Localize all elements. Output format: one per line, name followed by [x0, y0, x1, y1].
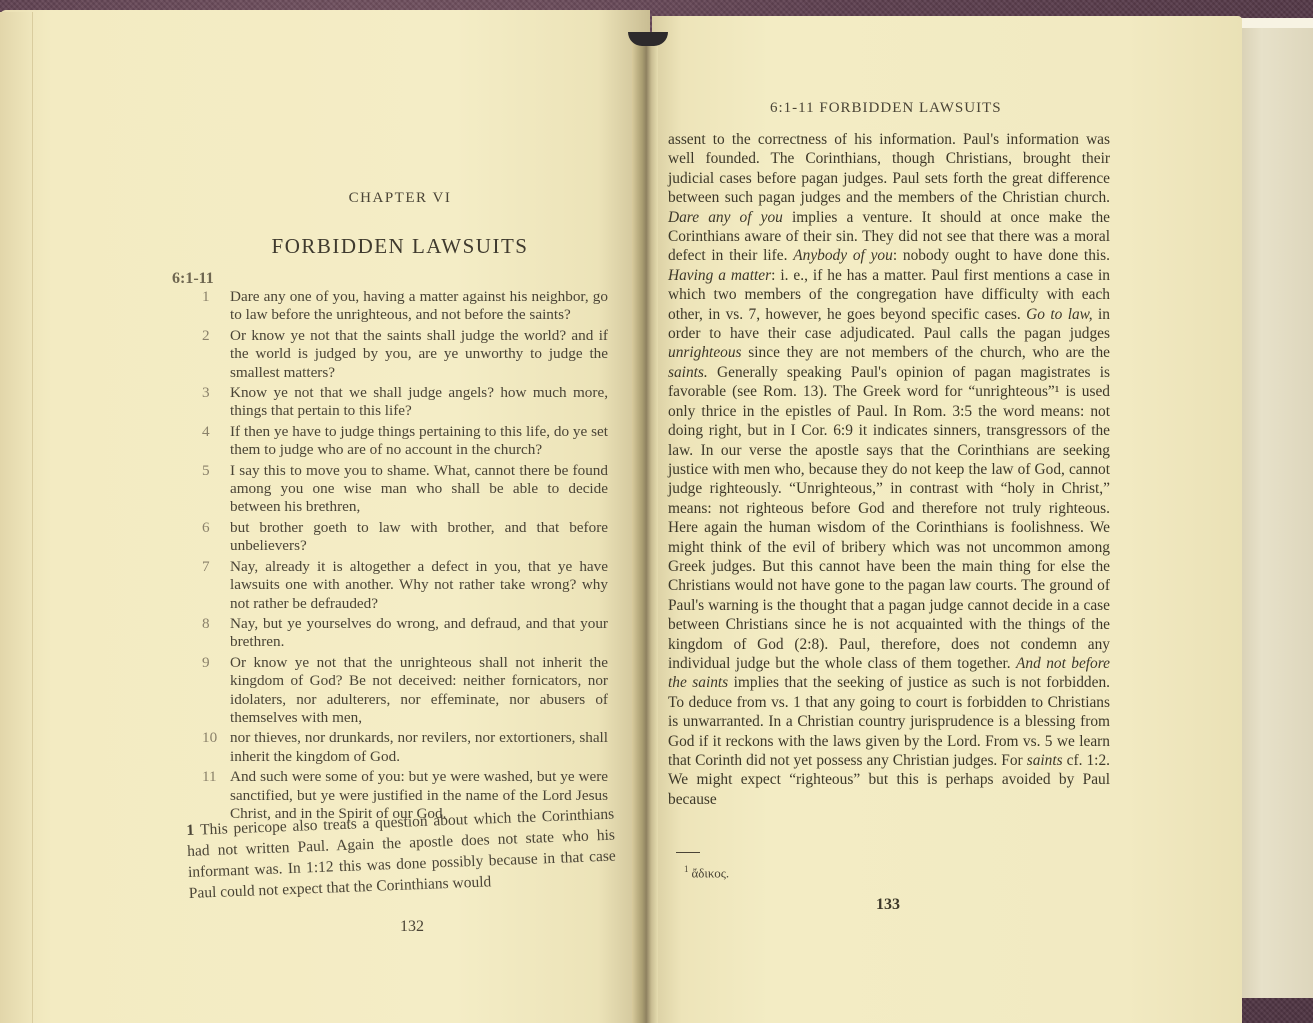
verse: 2Or know ye not that the saints shall ju… [194, 327, 608, 382]
verse-text: nor thieves, nor drunkards, nor revilers… [230, 729, 608, 766]
scripture-verses: 1Dare any one of you, having a matter ag… [194, 288, 608, 825]
verse-number: 11 [194, 768, 230, 823]
verse-text: Or know ye not that the saints shall jud… [230, 327, 608, 382]
page-block-edge [1238, 28, 1313, 998]
footnote-rule [676, 852, 700, 853]
right-commentary: assent to the correctness of his informa… [668, 130, 1110, 809]
italic-term: Go to law, [1026, 306, 1092, 323]
commentary-text: Generally speaking Paul's opinion of pag… [668, 364, 1110, 672]
verse: 6but brother goeth to law with brother, … [194, 519, 608, 556]
verse: 10nor thieves, nor drunkards, nor revile… [194, 729, 608, 766]
verse-number: 7 [194, 558, 230, 613]
verse-number: 3 [194, 384, 230, 421]
verse-number: 5 [194, 462, 230, 517]
italic-term: Anybody of you [793, 247, 893, 264]
chapter-title: FORBIDDEN LAWSUITS [0, 234, 640, 259]
italic-term: saints. [668, 364, 708, 381]
page-number-right: 133 [876, 896, 900, 914]
commentary-marker: 1 [186, 822, 194, 839]
verse-number: 6 [194, 519, 230, 556]
italic-term: unrighteous [668, 344, 742, 361]
commentary-text: assent to the correctness of his informa… [668, 131, 1110, 206]
verse-number: 4 [194, 423, 230, 460]
verse-text: Nay, but ye yourselves do wrong, and def… [230, 615, 608, 652]
italic-term: saints [1027, 752, 1063, 769]
chapter-label: CHAPTER VI [0, 190, 640, 207]
verse-text: Or know ye not that the unrighteous shal… [230, 654, 608, 728]
verse: 5I say this to move you to shame. What, … [194, 462, 608, 517]
verse-text: Know ye not that we shall judge angels? … [230, 384, 608, 421]
footnote-marker: 1 [684, 864, 689, 874]
verse-text: Nay, already it is altogether a defect i… [230, 558, 608, 613]
footnote-text: ἄδικος. [692, 865, 730, 880]
verse-number: 9 [194, 654, 230, 728]
book-gutter [632, 38, 658, 1023]
verse: 4If then ye have to judge things pertain… [194, 423, 608, 460]
commentary-text: : nobody ought to have done this. [893, 247, 1110, 264]
verse: 3Know ye not that we shall judge angels?… [194, 384, 608, 421]
verse: 1Dare any one of you, having a matter ag… [194, 288, 608, 325]
verse-number: 2 [194, 327, 230, 382]
verse-number: 8 [194, 615, 230, 652]
commentary-text: This pericope also treats a question abo… [187, 806, 616, 902]
verse: 8Nay, but ye yourselves do wrong, and de… [194, 615, 608, 652]
italic-term: Having a matter [668, 267, 771, 284]
verse-number: 10 [194, 729, 230, 766]
verse-text: but brother goeth to law with brother, a… [230, 519, 608, 556]
page-number-left: 132 [400, 918, 424, 936]
verse: 9Or know ye not that the unrighteous sha… [194, 654, 608, 728]
verse-text: I say this to move you to shame. What, c… [230, 462, 608, 517]
commentary-paragraph: assent to the correctness of his informa… [668, 130, 1110, 809]
verse: 7Nay, already it is altogether a defect … [194, 558, 608, 613]
footnote: 1ἄδικος. [684, 864, 729, 881]
commentary-text: since they are not members of the church… [742, 344, 1110, 361]
left-commentary: 1This pericope also treats a question ab… [186, 804, 617, 904]
italic-term: Dare any of you [668, 209, 783, 226]
verse-number: 1 [194, 288, 230, 325]
verse-text: Dare any one of you, having a matter aga… [230, 288, 608, 325]
section-reference: 6:1-11 [172, 270, 214, 288]
running-head: 6:1-11 FORBIDDEN LAWSUITS [770, 100, 1002, 117]
left-page-edge [0, 12, 33, 1023]
verse-text: If then ye have to judge things pertaini… [230, 423, 608, 460]
